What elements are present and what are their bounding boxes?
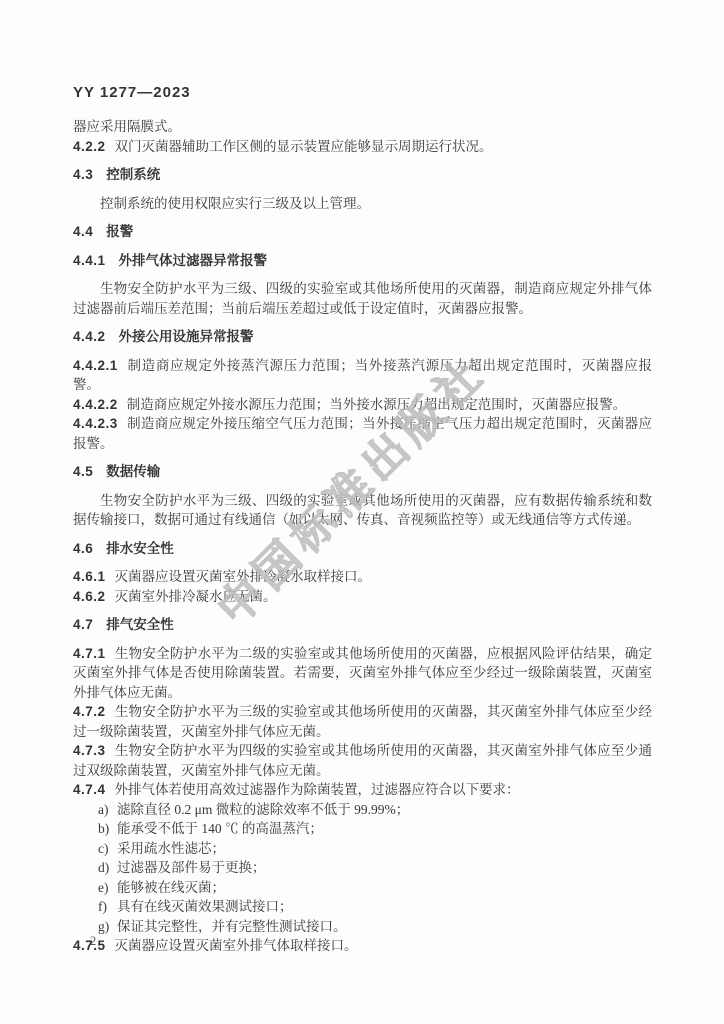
section-number: 4.4.2 — [73, 329, 106, 344]
list-item-marker: a) — [98, 800, 117, 820]
section-number: 4.7 — [73, 617, 93, 632]
clause-number: 4.6.1 — [73, 569, 106, 584]
document-page: 中国标准出版社 YY 1277—2023 器应采用隔膜式。 4.2.2双门灭菌器… — [0, 0, 724, 1024]
list-item: e)能够被在线灭菌； — [98, 878, 652, 898]
paragraph: 控制系统的使用权限应实行三级及以上管理。 — [73, 194, 652, 214]
list-item-marker: d) — [98, 858, 117, 878]
list-item-text: 能承受不低于 140 ℃ 的高温蒸汽； — [117, 819, 652, 839]
clause-text: 灭菌室外排冷凝水应无菌。 — [115, 589, 277, 604]
list-item: g)保证其完整性，并有完整性测试接口。 — [98, 917, 652, 937]
list-item-text: 滤除直径 0.2 μm 微粒的滤除效率不低于 99.99%； — [117, 800, 652, 820]
clause-4-7-3: 4.7.3生物安全防护水平为四级的实验室或其他场所使用的灭菌器，其灭菌室外排气体… — [73, 741, 652, 780]
clause-number: 4.7.1 — [73, 646, 106, 661]
list-item-marker: f) — [98, 897, 117, 917]
clause-text: 生物安全防护水平为四级的实验室或其他场所使用的灭菌器，其灭菌室外排气体应至少通过… — [73, 743, 652, 778]
section-number: 4.3 — [73, 167, 93, 182]
list-item-marker: g) — [98, 917, 117, 937]
clause-number: 4.7.4 — [73, 782, 106, 797]
clause-text: 灭菌器应设置灭菌室外排气体取样接口。 — [115, 938, 358, 953]
clause-number: 4.2.2 — [73, 139, 106, 154]
section-heading-4-5: 4.5数据传输 — [73, 462, 652, 482]
clause-text: 制造商应规定外接水源压力范围；当外接水源压力超出规定范围时，灭菌器应报警。 — [127, 397, 627, 412]
list-item-text: 保证其完整性，并有完整性测试接口。 — [117, 917, 652, 937]
list-item-marker: e) — [98, 878, 117, 898]
clause-4-2-2: 4.2.2双门灭菌器辅助工作区侧的显示装置应能够显示周期运行状况。 — [73, 137, 652, 157]
clause-4-4-2-3: 4.4.2.3制造商应规定外接压缩空气压力范围；当外接压缩空气压力超出规定范围时… — [73, 414, 652, 453]
clause-4-7-4: 4.7.4外排气体若使用高效过滤器作为除菌装置，过滤器应符合以下要求： — [73, 780, 652, 800]
section-title: 外排气体过滤器异常报警 — [119, 253, 268, 268]
clause-4-6-1: 4.6.1灭菌器应设置灭菌室外排冷凝水取样接口。 — [73, 567, 652, 587]
section-title: 报警 — [106, 224, 133, 239]
section-title: 外接公用设施异常报警 — [119, 329, 254, 344]
list-item-text: 能够被在线灭菌； — [117, 878, 652, 898]
clause-number: 4.4.2.2 — [73, 397, 118, 412]
filter-requirements-list: a)滤除直径 0.2 μm 微粒的滤除效率不低于 99.99%； b)能承受不低… — [73, 800, 652, 937]
document-body: YY 1277—2023 器应采用隔膜式。 4.2.2双门灭菌器辅助工作区侧的显… — [73, 84, 652, 956]
list-item: d)过滤器及部件易于更换； — [98, 858, 652, 878]
section-heading-4-4: 4.4报警 — [73, 222, 652, 242]
clause-text: 制造商应规定外接压缩空气压力范围；当外接压缩空气压力超出规定范围时，灭菌器应报警… — [73, 416, 652, 451]
list-item-text: 采用疏水性滤芯； — [117, 839, 652, 859]
clause-4-7-1: 4.7.1生物安全防护水平为二级的实验室或其他场所使用的灭菌器，应根据风险评估结… — [73, 644, 652, 703]
clause-number: 4.4.2.3 — [73, 416, 118, 431]
section-title: 控制系统 — [106, 167, 160, 182]
list-item-marker: c) — [98, 839, 117, 859]
clause-number: 4.6.2 — [73, 589, 106, 604]
list-item: f)具有在线灭菌效果测试接口； — [98, 897, 652, 917]
clause-text: 生物安全防护水平为三级的实验室或其他场所使用的灭菌器，其灭菌室外排气体应至少经过… — [73, 704, 652, 739]
clause-4-4-2-2: 4.4.2.2制造商应规定外接水源压力范围；当外接水源压力超出规定范围时，灭菌器… — [73, 395, 652, 415]
section-number: 4.4.1 — [73, 253, 106, 268]
clause-text: 外排气体若使用高效过滤器作为除菌装置，过滤器应符合以下要求： — [115, 782, 520, 797]
list-item: c)采用疏水性滤芯； — [98, 839, 652, 859]
section-heading-4-3: 4.3控制系统 — [73, 165, 652, 185]
clause-number: 4.7.2 — [73, 704, 106, 719]
paragraph: 生物安全防护水平为三级、四级的实验室或其他场所使用的灭菌器，应有数据传输系统和数… — [73, 491, 652, 530]
list-item: b)能承受不低于 140 ℃ 的高温蒸汽； — [98, 819, 652, 839]
clause-text: 生物安全防护水平为二级的实验室或其他场所使用的灭菌器，应根据风险评估结果，确定灭… — [73, 646, 652, 700]
standard-number-header: YY 1277—2023 — [73, 84, 652, 101]
section-title: 数据传输 — [106, 464, 160, 479]
paragraph-continuation: 器应采用隔膜式。 — [73, 117, 652, 137]
clause-text: 制造商应规定外接蒸汽源压力范围；当外接蒸汽源压力超出规定范围时，灭菌器应报警。 — [73, 358, 652, 393]
section-title: 排气安全性 — [106, 617, 174, 632]
clause-4-6-2: 4.6.2灭菌室外排冷凝水应无菌。 — [73, 587, 652, 607]
clause-4-7-5: 4.7.5灭菌器应设置灭菌室外排气体取样接口。 — [73, 936, 652, 956]
clause-number: 4.4.2.1 — [73, 358, 118, 373]
paragraph: 生物安全防护水平为三级、四级的实验室或其他场所使用的灭菌器，制造商应规定外排气体… — [73, 279, 652, 318]
section-number: 4.5 — [73, 464, 93, 479]
section-heading-4-4-1: 4.4.1外排气体过滤器异常报警 — [73, 251, 652, 271]
section-heading-4-4-2: 4.4.2外接公用设施异常报警 — [73, 327, 652, 347]
list-item-text: 过滤器及部件易于更换； — [117, 858, 652, 878]
clause-text: 双门灭菌器辅助工作区侧的显示装置应能够显示周期运行状况。 — [115, 139, 493, 154]
list-item-marker: b) — [98, 819, 117, 839]
list-item-text: 具有在线灭菌效果测试接口； — [117, 897, 652, 917]
clause-text: 灭菌器应设置灭菌室外排冷凝水取样接口。 — [115, 569, 372, 584]
section-number: 4.6 — [73, 541, 93, 556]
section-heading-4-6: 4.6排水安全性 — [73, 539, 652, 559]
clause-4-7-2: 4.7.2生物安全防护水平为三级的实验室或其他场所使用的灭菌器，其灭菌室外排气体… — [73, 702, 652, 741]
section-title: 排水安全性 — [106, 541, 174, 556]
section-number: 4.4 — [73, 224, 93, 239]
clause-number: 4.7.3 — [73, 743, 106, 758]
clause-number: 4.7.5 — [73, 938, 106, 953]
section-heading-4-7: 4.7排气安全性 — [73, 615, 652, 635]
list-item: a)滤除直径 0.2 μm 微粒的滤除效率不低于 99.99%； — [98, 800, 652, 820]
clause-4-4-2-1: 4.4.2.1制造商应规定外接蒸汽源压力范围；当外接蒸汽源压力超出规定范围时，灭… — [73, 356, 652, 395]
